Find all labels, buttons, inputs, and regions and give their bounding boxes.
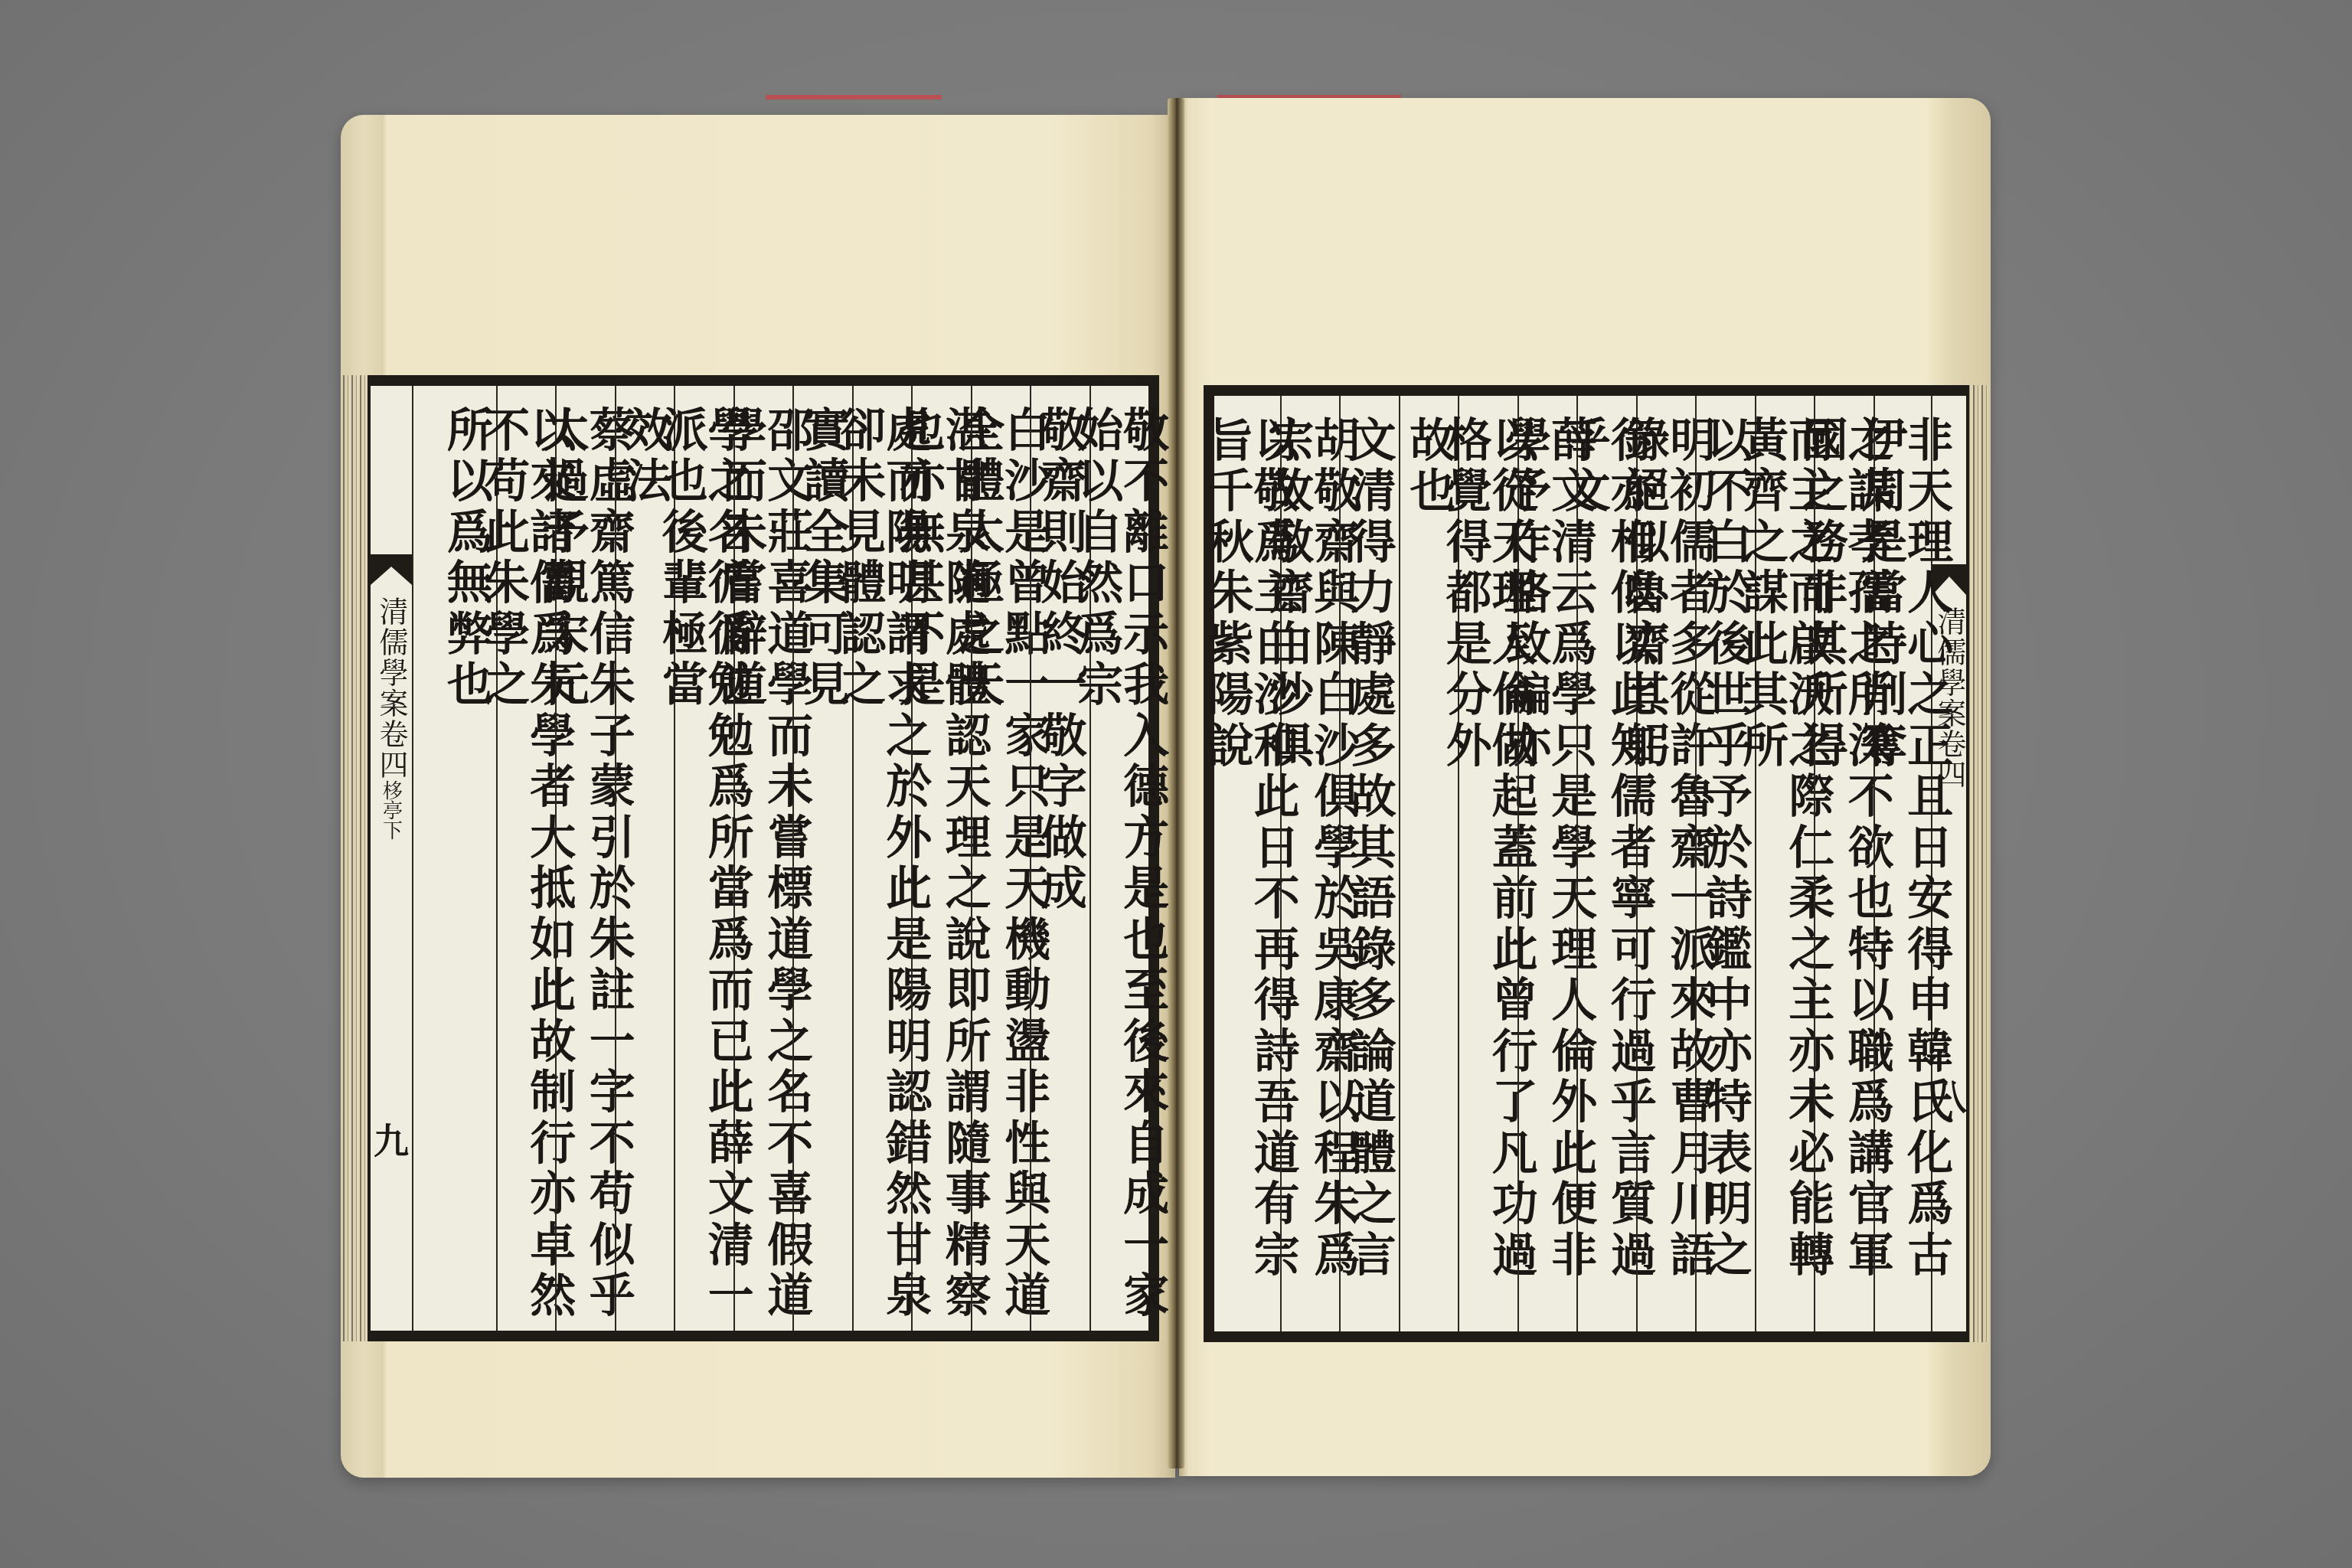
column-text: 非天理人心之正且日安得申韓氏化爲古伊周是當時削奪 [1857, 416, 1949, 1331]
column-text: 文清得力靜處多故其語錄多論道體之言 [1347, 416, 1393, 1282]
left-banxin: 清儒學案卷四 栘亭下 九 [371, 386, 413, 1331]
fishtail-mark-icon [371, 554, 412, 585]
left-page-text-frame: 清儒學案卷四 栘亭下 九 敬不離口示我入德方是也至後來自成一家始以自然爲宗 敬齋… [367, 375, 1159, 1341]
text-column: 非天理人心之正且日安得申韓氏化爲古伊周是當時削奪 [1873, 396, 1933, 1331]
text-column: 白沙是曾點一家只是天機動盪非性與天道全體太極之天 [971, 386, 1031, 1331]
right-page-text-frame: 清儒學案卷四 八 非天理人心之正且日安得申韓氏化爲古伊周是當時削奪 之謀孝孺之所… [1204, 385, 1969, 1342]
text-column: 胡敬齋與陳白沙俱學於吳康齋以程朱爲宗故敬齋白沙俱 [1280, 396, 1340, 1331]
text-column: 文清得力靜處多故其語錄多論道體之言 [1339, 396, 1399, 1331]
text-column: 敬不離口示我入德方是也至後來自成一家始以自然爲宗 [1089, 386, 1149, 1331]
text-column: 蔡虛齋篤信朱子蒙引於朱註一字不苟似乎太過予觀宋元 [555, 386, 615, 1331]
column-text: 敬不離口示我入德方是也至後來自成一家始以自然爲宗 [1073, 406, 1165, 1331]
left-page-edge-stack [343, 375, 371, 1341]
book-gutter [1168, 98, 1184, 1468]
left-page-number: 九 [374, 1113, 409, 1164]
left-text-columns: 敬不離口示我入德方是也至後來自成一家始以自然爲宗 敬齋則始終一敬字做成 白沙是曾… [412, 386, 1148, 1331]
left-banxin-subtitle: 栘亭下 [377, 780, 406, 840]
left-banxin-title: 清儒學案卷四 [377, 596, 406, 780]
right-text-columns: 非天理人心之正且日安得申韓氏化爲古伊周是當時削奪 之謀孝孺之所深不欲也特以職爲講… [1220, 396, 1932, 1331]
text-column: 明初儒者多從許魯齋一派來故曹月川語錄絕似魯齋其躬 [1636, 396, 1696, 1331]
text-column: 邵文莊喜道學而未嘗標道學之名不喜假道學而未嘗辭道 [733, 386, 793, 1331]
book-top-edge-left [766, 95, 942, 100]
